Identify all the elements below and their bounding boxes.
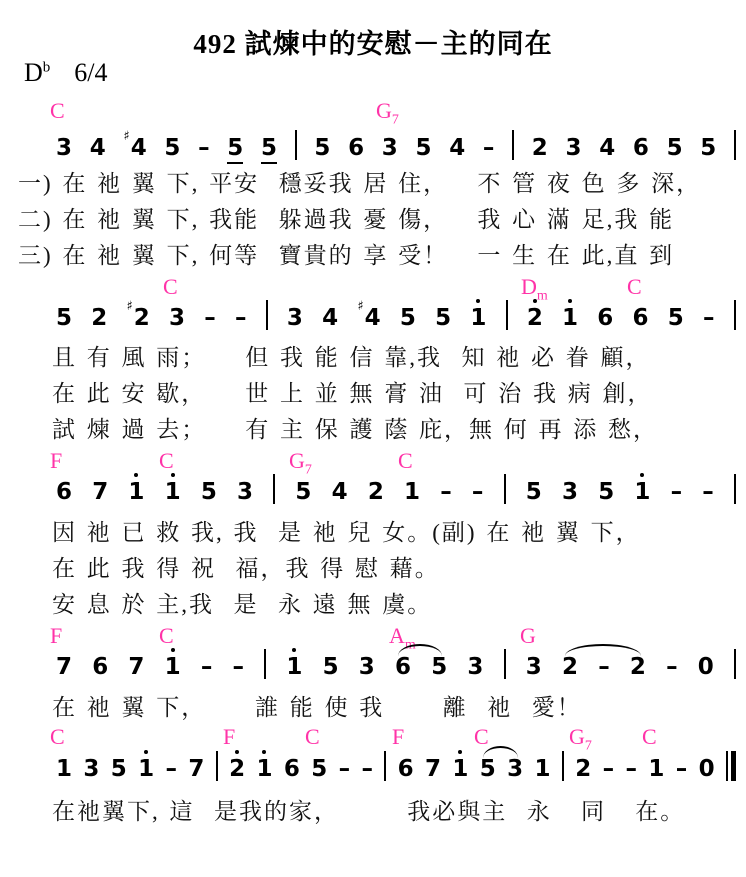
note-number-glyph: 1 [634,481,650,504]
note-number: 5 [480,758,496,781]
duration-dash-glyph: – [233,656,245,679]
lyric-line: 安 息 於 主,我 是 永 遠 無 虞。 [52,591,432,619]
note-number-glyph: 1 [128,481,144,504]
duration-dash-glyph: – [440,481,452,504]
barline [266,300,268,330]
rest-note-glyph: 0 [698,656,714,679]
note-number-glyph: 3 [467,656,483,679]
chord-label: F [50,450,62,472]
note-number: 2 [527,307,543,330]
note-number: 3 [83,758,99,781]
chord-label: F [392,726,404,748]
notation-line-2: 52♯23––34♯455121665– [56,300,736,330]
lyric-line: 在祂翼下, 這 是我的家， 我必與主 永 同 在。 [52,798,685,826]
lyric-line: 一) 在 祂 翼 下, 平安 穩妥我 居 住， 不 管 夜 色 多 深， [18,170,701,198]
duration-dash-glyph: – [598,656,610,679]
note-number-glyph: 6 [395,656,411,679]
barline [504,474,506,504]
barline-thin [726,751,728,781]
duration-dash: – [676,758,688,781]
note-number: 5 [295,481,311,504]
note-number: 3 [237,481,253,504]
note-number: 2 [229,758,245,781]
note-number: 5 [311,758,327,781]
note-number-glyph: 3 [56,137,72,160]
note-number: 2 [532,137,548,160]
duration-dash: – [702,481,714,504]
chord-quality-sub: 7 [305,462,312,477]
chord-label: C [50,726,65,748]
note-number-glyph: 1 [404,481,420,504]
final-double-barline [726,751,736,781]
note-number: 5 [56,307,72,330]
note-number: 1 [535,758,551,781]
note-number-glyph: 5 [416,137,432,160]
note-number: 1 [452,758,468,781]
duration-dash: – [233,656,245,679]
lyric-line: 二) 在 祂 翼 下, 我能 躲過我 憂 傷， 我 心 滿 足,我 能 [18,206,674,234]
note-number: 4 [449,137,465,160]
note-number: 5 [201,481,217,504]
duration-dash-glyph: – [339,758,351,781]
note-number: 3 [562,481,578,504]
note-number: 2 [368,481,384,504]
hymn-title: 492 試煉中的安慰－主的同在 [0,22,746,61]
chord-quality-sub: 7 [585,738,592,753]
barline [734,300,736,330]
note-number-glyph: 2 [575,758,591,781]
tie-arc [565,644,641,656]
barline [562,751,564,781]
note-number: 1 [56,758,72,781]
barline [264,649,266,679]
note-number-glyph: 6 [633,307,649,330]
sharp-icon: ♯ [357,300,363,313]
note-number: 4 [322,307,338,330]
note-number-glyph: 5 [667,137,683,160]
note-number: 7 [188,758,204,781]
note-number: 1 [256,758,272,781]
note-number-glyph: 4 [90,137,106,160]
duration-dash-glyph: – [201,656,213,679]
lyric-line: 在 祂 翼 下， 誰 能 使 我 離 祂 愛！ [52,694,582,722]
note-number-glyph: 2 [527,307,543,330]
note-number: 6 [633,137,649,160]
note-number-glyph: 3 [237,481,253,504]
chord-label: C [398,450,413,472]
note-number-glyph: 6 [56,481,72,504]
note-number: 6 [284,758,300,781]
note-number: 7 [425,758,441,781]
note-number-glyph: 5 [400,307,416,330]
note-number-glyph: 1 [470,307,486,330]
duration-dash-glyph: – [666,656,678,679]
note-number: 4 [332,481,348,504]
barline [734,649,736,679]
note-number-glyph: 1 [562,307,578,330]
barline [273,474,275,504]
note-number-glyph: 5 [314,137,330,160]
note-number: 2 [630,656,646,679]
rest-note: 0 [699,758,715,781]
note-number: 3 [169,307,185,330]
duration-dash: – [671,481,683,504]
note-number: ♯2 [126,307,149,330]
chord-label: C [642,726,657,748]
note-number: 3 [507,758,523,781]
note-number: 5 [323,656,339,679]
chord-quality-sub: m [537,288,548,303]
octave-dot [292,648,296,652]
note-number-glyph: 7 [56,656,72,679]
chord-label: C [50,100,65,122]
note-number: 2 [91,307,107,330]
duration-dash-glyph: – [676,758,688,781]
note-number-glyph: 3 [562,481,578,504]
note-number: 3 [382,137,398,160]
note-number: 1 [165,656,181,679]
duration-dash: – [483,137,495,160]
note-number-glyph: 4 [332,481,348,504]
octave-dot [568,299,572,303]
chord-label: C [163,276,178,298]
note-number-glyph: 5 [295,481,311,504]
note-number-glyph: 6 [348,137,364,160]
note-number-glyph: 5 [431,656,447,679]
chord-label: F [223,726,235,748]
barline-thick [731,751,736,781]
note-number: ♯4 [357,307,380,330]
note-number: 2 [562,656,578,679]
note-number: 5 [598,481,614,504]
lyric-line: 在 此 安 歇， 世 上 並 無 膏 油 可 治 我 病 創， [52,380,653,408]
duration-dash-glyph: – [603,758,615,781]
note-number-glyph: 5 [480,758,496,781]
note-number-glyph: 6 [597,307,613,330]
hymn-sheet: 492 試煉中的安慰－主的同在 Db6/4 34♯45–5556354–2346… [0,0,746,877]
note-number-glyph: 4 [599,137,615,160]
note-number-glyph: 7 [128,656,144,679]
notation-line-3: 6711535421––5351–– [56,474,736,504]
key-root: D [24,58,43,87]
note-number-glyph: 4 [449,137,465,160]
lyric-line: 三) 在 祂 翼 下, 何等 寶貴的 享 受！ 一 生 在 此,直 到 [18,242,674,270]
lyric-line: 試 煉 過 去； 有 主 保 護 蔭 庇，無 何 再 添 愁， [52,416,658,444]
note-number: 2 [575,758,591,781]
note-number: 7 [128,656,144,679]
note-number-glyph: 5 [261,137,277,160]
note-number: 5 [164,137,180,160]
note-number: 1 [470,307,486,330]
barline [384,751,386,781]
key-flat-accidental: b [43,59,51,75]
note-number-glyph: 6 [284,758,300,781]
note-number: 4 [90,137,106,160]
duration-dash-glyph: – [472,481,484,504]
note-number-glyph: 2 [229,758,245,781]
note-number: 1 [286,656,302,679]
note-number: 1 [138,758,154,781]
duration-dash-glyph: – [166,758,178,781]
note-number-glyph: 2 [368,481,384,504]
duration-dash: – [361,758,373,781]
duration-dash: – [666,656,678,679]
lyric-line: 在 此 我 得 祝 福，我 得 慰 藉。 [52,555,440,583]
note-number-glyph: 5 [668,307,684,330]
barline [506,300,508,330]
note-number: 1 [128,481,144,504]
chord-label: G7 [289,450,312,477]
note-number-glyph: 2 [532,137,548,160]
note-number: 7 [56,656,72,679]
duration-dash: – [626,758,638,781]
note-number-glyph: 4 [365,307,381,330]
note-number: 5 [435,307,451,330]
note-number: 6 [348,137,364,160]
note-number: 3 [359,656,375,679]
note-number: 5 [227,137,243,160]
note-number: 4 [599,137,615,160]
note-number: 6 [398,758,414,781]
note-number-glyph: 5 [311,758,327,781]
note-number-glyph: 1 [452,758,468,781]
notation-line-5: 1351–72165––6715312––1–0 [56,751,736,781]
beam-underline [227,162,243,164]
note-number: 1 [562,307,578,330]
note-number: 7 [92,481,108,504]
note-number-glyph: 7 [188,758,204,781]
barline [734,474,736,504]
note-number-glyph: 5 [56,307,72,330]
octave-dot [458,750,462,754]
note-number: 5 [314,137,330,160]
duration-dash: – [204,307,216,330]
barline [295,130,297,160]
note-number-glyph: 7 [92,481,108,504]
octave-dot [171,648,175,652]
note-number-glyph: 3 [287,307,303,330]
note-number: 5 [400,307,416,330]
note-number-glyph: 5 [435,307,451,330]
duration-dash-glyph: – [235,307,247,330]
note-number-glyph: 5 [201,481,217,504]
rest-note-glyph: 0 [699,758,715,781]
chord-label: G7 [376,100,399,127]
note-number-glyph: 1 [165,481,181,504]
note-number-glyph: 2 [562,656,578,679]
note-number-glyph: 1 [648,758,664,781]
note-number: 5 [416,137,432,160]
note-number: 3 [467,656,483,679]
chord-label: C [474,726,489,748]
duration-dash: – [166,758,178,781]
note-number: 6 [92,656,108,679]
octave-dot [640,473,644,477]
duration-dash: – [198,137,210,160]
note-number-glyph: 6 [92,656,108,679]
chord-label: C [159,625,174,647]
duration-dash: – [603,758,615,781]
duration-dash: – [598,656,610,679]
duration-dash: – [440,481,452,504]
duration-dash: – [472,481,484,504]
note-number-glyph: 5 [700,137,716,160]
note-number-glyph: 3 [169,307,185,330]
duration-dash-glyph: – [703,307,715,330]
barline [504,649,506,679]
note-number: 3 [526,656,542,679]
note-number: 6 [56,481,72,504]
note-number-glyph: 5 [111,758,127,781]
note-number-glyph: 2 [630,656,646,679]
sharp-icon: ♯ [123,130,129,143]
note-number-glyph: 3 [83,758,99,781]
note-number-glyph: 4 [322,307,338,330]
note-number-glyph: 1 [56,758,72,781]
note-number: 6 [395,656,411,679]
note-number: 3 [287,307,303,330]
octave-dot [134,473,138,477]
note-number: 3 [565,137,581,160]
key-signature: Db6/4 [24,58,108,88]
note-number-glyph: 3 [359,656,375,679]
duration-dash: – [201,656,213,679]
note-number-glyph: 2 [134,307,150,330]
note-number: 6 [597,307,613,330]
note-number: 5 [526,481,542,504]
note-number: 1 [634,481,650,504]
note-number-glyph: 3 [507,758,523,781]
note-number: 5 [431,656,447,679]
chord-label: C [305,726,320,748]
note-number-glyph: 3 [382,137,398,160]
duration-dash: – [235,307,247,330]
octave-dot [144,750,148,754]
note-number-glyph: 5 [323,656,339,679]
lyric-line: 且 有 風 雨； 但 我 能 信 靠,我 知 祂 必 眷 顧， [52,344,651,372]
octave-dot [262,750,266,754]
duration-dash-glyph: – [204,307,216,330]
note-number-glyph: 4 [131,137,147,160]
note-number-glyph: 5 [164,137,180,160]
chord-label: G [520,625,536,647]
note-number-glyph: 5 [526,481,542,504]
note-number-glyph: 1 [165,656,181,679]
notation-line-1: 34♯45–5556354–234655 [56,130,736,160]
chord-label: G7 [569,726,592,753]
note-number: 6 [633,307,649,330]
note-number-glyph: 1 [138,758,154,781]
beam-underline [261,162,277,164]
chord-label: F [50,625,62,647]
chord-label: C [159,450,174,472]
note-number-glyph: 2 [91,307,107,330]
barline [734,130,736,160]
chord-label: C [627,276,642,298]
time-signature: 6/4 [74,58,107,87]
duration-dash-glyph: – [483,137,495,160]
note-number-glyph: 1 [286,656,302,679]
duration-dash: – [339,758,351,781]
note-number-glyph: 5 [227,137,243,160]
octave-dot [171,473,175,477]
note-number: 5 [700,137,716,160]
octave-dot [235,750,239,754]
note-number-glyph: 3 [565,137,581,160]
chord-quality-sub: 7 [392,112,399,127]
note-number: 5 [667,137,683,160]
chord-label: Dm [521,276,548,303]
barline [512,130,514,160]
rest-note: 0 [698,656,714,679]
note-number-glyph: 6 [398,758,414,781]
note-number-glyph: 3 [526,656,542,679]
barline [216,751,218,781]
note-number-glyph: 6 [633,137,649,160]
octave-dot [476,299,480,303]
note-number: 3 [56,137,72,160]
duration-dash-glyph: – [671,481,683,504]
duration-dash: – [703,307,715,330]
sharp-icon: ♯ [126,300,132,313]
duration-dash-glyph: – [626,758,638,781]
lyric-line: 因 祂 已 救 我, 我 是 祂 兒 女。(副) 在 祂 翼 下， [52,519,641,547]
note-number-glyph: 7 [425,758,441,781]
note-number: ♯4 [123,137,146,160]
note-number-glyph: 1 [256,758,272,781]
note-number: 5 [668,307,684,330]
note-number: 1 [165,481,181,504]
duration-dash-glyph: – [198,137,210,160]
note-number: 1 [404,481,420,504]
note-number-glyph: 1 [535,758,551,781]
note-number: 5 [111,758,127,781]
note-number-glyph: 5 [598,481,614,504]
note-number: 1 [648,758,664,781]
duration-dash-glyph: – [361,758,373,781]
duration-dash-glyph: – [702,481,714,504]
note-number: 5 [261,137,277,160]
